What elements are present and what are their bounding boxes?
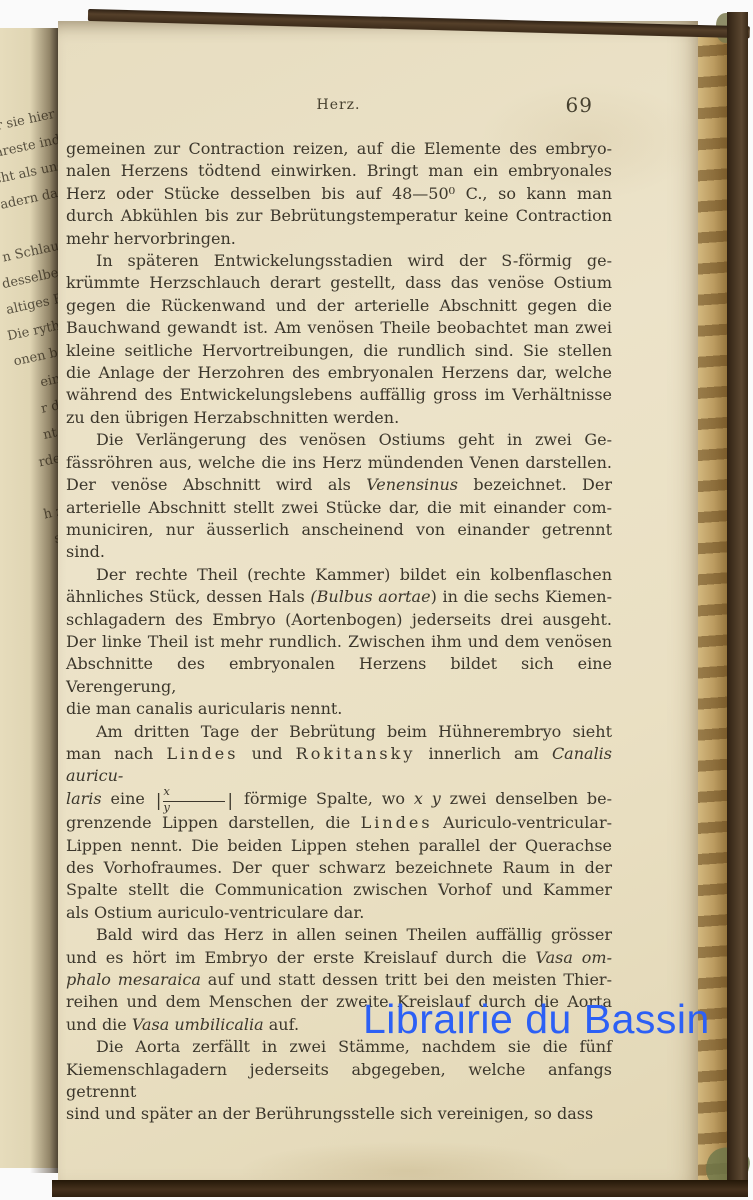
text-line: In späteren Entwickelungsstadien wird de… xyxy=(66,250,612,272)
text-line: gegen die Rückenwand und der arterielle … xyxy=(66,295,612,317)
text-line: Abschnitte des embryonalen Herzens bilde… xyxy=(66,653,612,698)
cover-right-edge xyxy=(727,12,748,1194)
text-line: ähnliches Stück, dessen Hals (Bulbus aor… xyxy=(66,586,612,608)
text-line: Kiemenschlagadern jederseits abgegeben, … xyxy=(66,1059,612,1104)
text-line: zu den übrigen Herzabschnitten werden. xyxy=(66,407,612,429)
bookseller-watermark: Librairie du Bassin xyxy=(363,996,710,1043)
text-line: man nach Lindes und Rokitansky innerlich… xyxy=(66,743,612,788)
text-line: Der rechte Theil (rechte Kammer) bildet … xyxy=(66,564,612,586)
text-line: grenzende Lippen darstellen, die Lindes … xyxy=(66,812,612,834)
text-line: Der venöse Abschnitt wird als Venensinus… xyxy=(66,474,612,496)
text-line: und es hört im Embryo der erste Kreislau… xyxy=(66,947,612,969)
spalte-figure: |xy| xyxy=(154,790,235,812)
text-line: phalo mesaraica auf und statt dessen tri… xyxy=(66,969,612,991)
text-line: als Ostium auriculo-ventriculare dar. xyxy=(66,902,612,924)
text-line: die man canalis auricularis nennt. xyxy=(66,698,612,720)
text-line: sind und später an der Berührungsstelle … xyxy=(66,1103,612,1125)
text-line: fässröhren aus, welche die ins Herz münd… xyxy=(66,452,612,474)
text-line: während des Entwickelungslebens auffälli… xyxy=(66,384,612,406)
text-line: gemeinen zur Contraction reizen, auf die… xyxy=(66,138,612,160)
running-title: Herz. xyxy=(66,97,611,113)
text-line: Spalte stellt die Communication zwischen… xyxy=(66,879,612,901)
text-line: schlagadern des Embryo (Aortenbogen) jed… xyxy=(66,609,612,631)
text-line: krümmte Herzschlauch derart gestellt, da… xyxy=(66,272,612,294)
running-head: Herz. 69 xyxy=(66,97,611,121)
text-line: des Vorhofraumes. Der quer schwarz bezei… xyxy=(66,857,612,879)
page-number: 69 xyxy=(566,93,593,117)
text-line: nalen Herzens tödtend einwirken. Bringt … xyxy=(66,160,612,182)
text-line: municiren, nur äusserlich anscheinend vo… xyxy=(66,519,612,564)
cover-bottom-edge xyxy=(52,1180,748,1197)
text-line: die Anlage der Herzohren des embryonalen… xyxy=(66,362,612,384)
text-line: Bald wird das Herz in allen seinen Theil… xyxy=(66,924,612,946)
text-block: gemeinen zur Contraction reizen, auf die… xyxy=(66,138,612,1126)
book-gutter-shadow xyxy=(30,28,58,1173)
text-line: Lippen nennt. Die beiden Lippen stehen p… xyxy=(66,835,612,857)
text-line: Die Verlängerung des venösen Ostiums geh… xyxy=(66,429,612,451)
text-line: Herz oder Stücke desselben bis auf 48—50… xyxy=(66,183,612,205)
text-line: kleine seitliche Hervortreibungen, die r… xyxy=(66,340,612,362)
text-line: mehr hervorbringen. xyxy=(66,228,612,250)
book-photo: wir sie hierDareste indicht als ungadern… xyxy=(0,0,753,1200)
text-line: laris eine |xy| förmige Spalte, wo x y z… xyxy=(66,788,612,812)
text-line: arterielle Abschnitt stellt zwei Stücke … xyxy=(66,497,612,519)
text-line: Am dritten Tage der Bebrütung beim Hühne… xyxy=(66,721,612,743)
text-line: durch Abkühlen bis zur Bebrütungstempera… xyxy=(66,205,612,227)
text-line: Bauchwand gewandt ist. Am venösen Theile… xyxy=(66,317,612,339)
text-line: Der linke Theil ist mehr rundlich. Zwisc… xyxy=(66,631,612,653)
